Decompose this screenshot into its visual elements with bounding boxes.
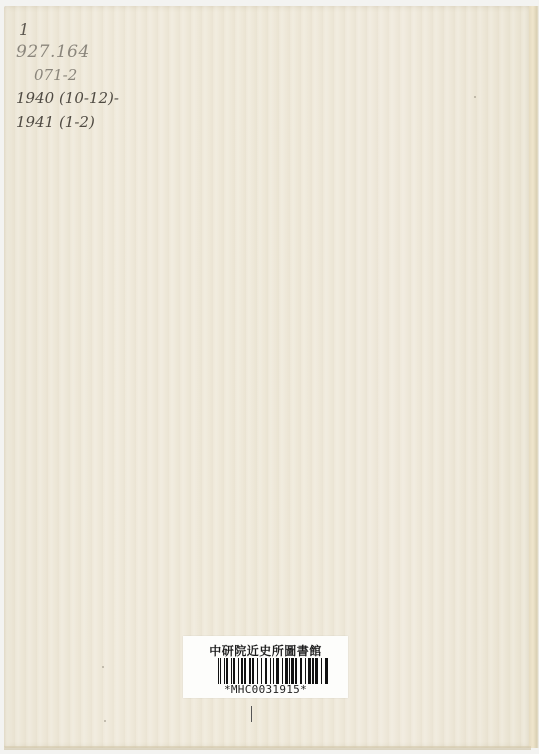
handwritten-note-call-number: 927.164 xyxy=(16,42,90,62)
handwritten-note-range-1940: 1940 (10-12)- xyxy=(16,89,119,107)
handwritten-note-volume: 1 xyxy=(19,20,29,39)
scanned-page: 1 927.164 071-2 1940 (10-12)- 1941 (1-2)… xyxy=(0,0,539,754)
library-name: 中研院近史所圖書館 xyxy=(183,642,348,659)
pencil-mark xyxy=(251,706,252,722)
barcode-number: *MHC0031915* xyxy=(183,683,348,696)
handwritten-note-range-1941: 1941 (1-2) xyxy=(16,113,95,131)
paper-speck xyxy=(102,666,104,668)
paper-speck xyxy=(474,96,476,98)
page-bottom-edge xyxy=(4,746,531,750)
handwritten-note-cutter: 071-2 xyxy=(34,66,77,84)
barcode-icon xyxy=(218,658,330,684)
page-right-edge xyxy=(529,6,539,748)
library-barcode-label: 中研院近史所圖書館 *MHC0031915* xyxy=(183,636,348,698)
paper-speck xyxy=(104,720,106,722)
